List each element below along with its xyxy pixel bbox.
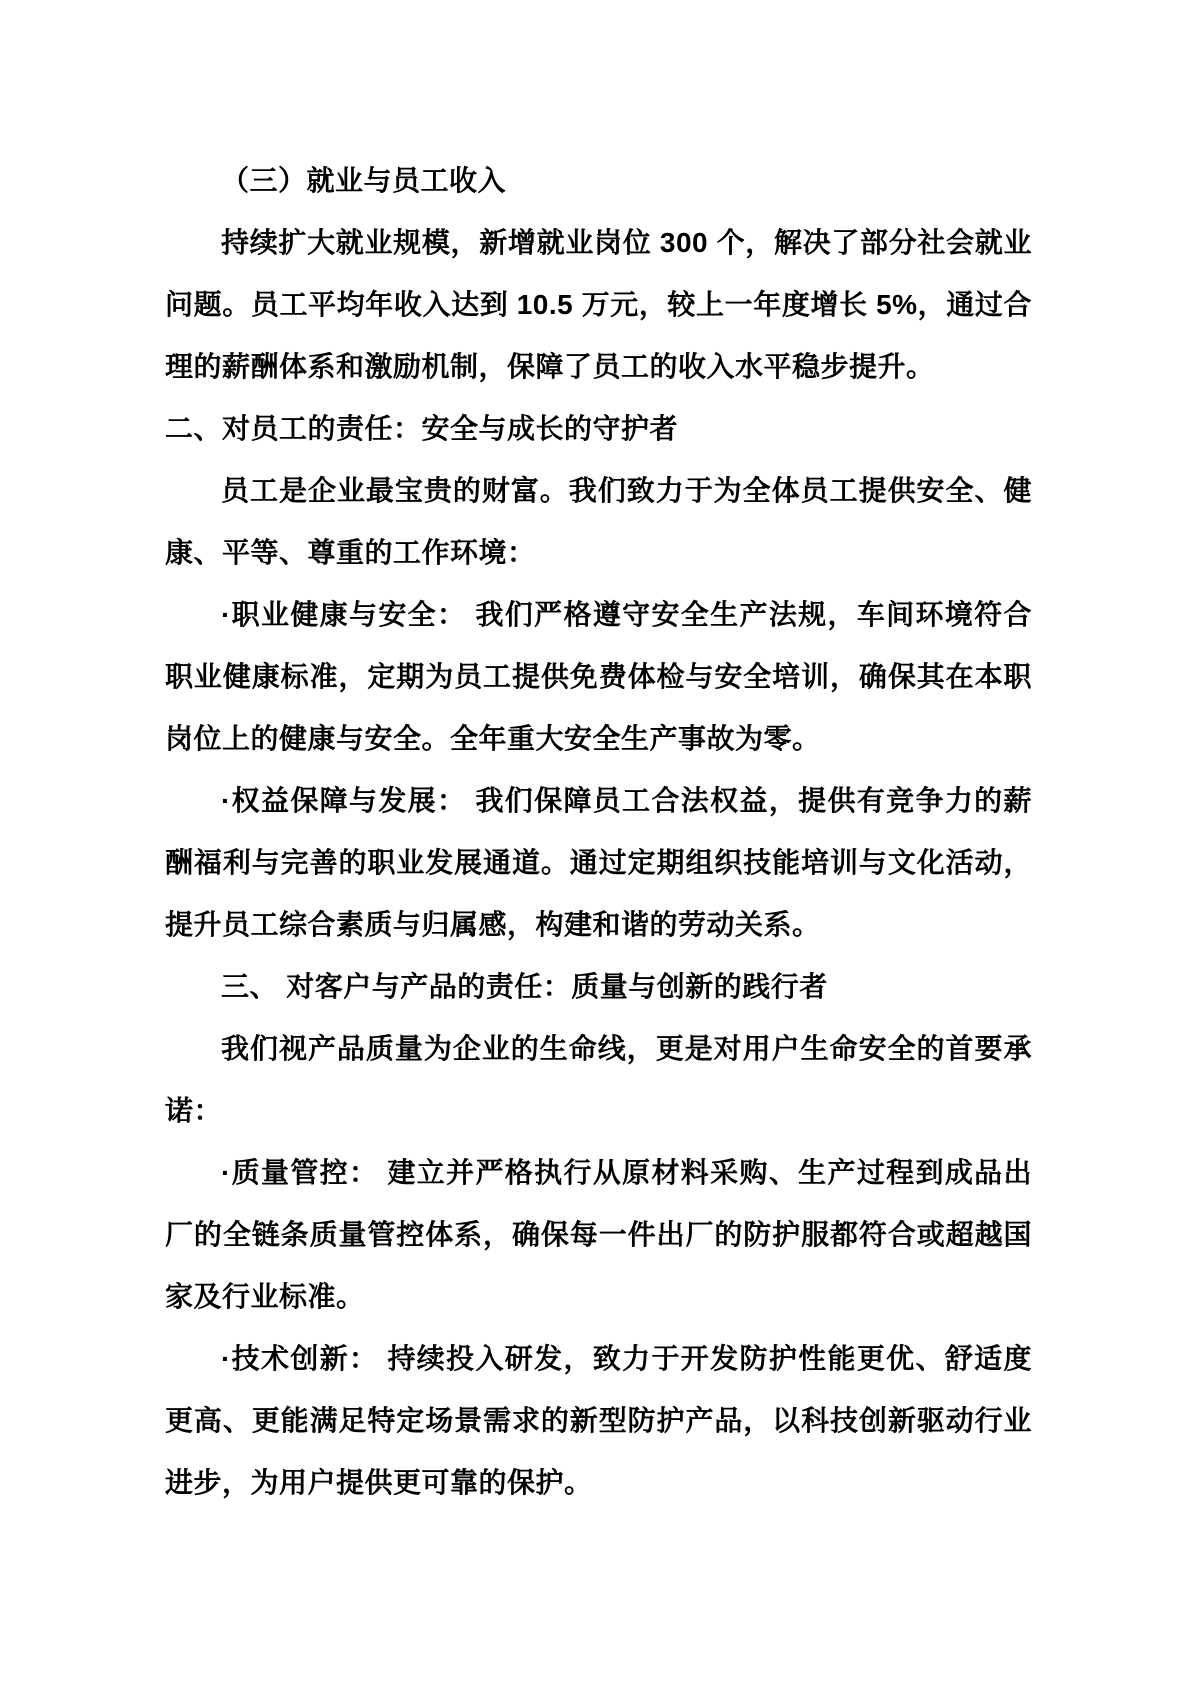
body-paragraph-employment: 持续扩大就业规模，新增就业岗位 300 个，解决了部分社会就业问题。员工平均年收…	[165, 212, 1032, 398]
bullet-paragraph-occupational-health: ·职业健康与安全： 我们严格遵守安全生产法规，车间环境符合职业健康标准，定期为员…	[165, 584, 1032, 770]
document-page: （三）就业与员工收入 持续扩大就业规模，新增就业岗位 300 个，解决了部分社会…	[0, 0, 1190, 1683]
bullet-paragraph-rights-development: ·权益保障与发展： 我们保障员工合法权益，提供有竞争力的薪酬福利与完善的职业发展…	[165, 770, 1032, 956]
section-heading-employee-responsibility: 二、对员工的责任：安全与成长的守护者	[165, 398, 1032, 460]
bullet-paragraph-quality-control: ·质量管控： 建立并严格执行从原材料采购、生产过程到成品出厂的全链条质量管控体系…	[165, 1142, 1032, 1328]
body-paragraph-quality-intro: 我们视产品质量为企业的生命线，更是对用户生命安全的首要承诺：	[165, 1018, 1032, 1142]
document-body: （三）就业与员工收入 持续扩大就业规模，新增就业岗位 300 个，解决了部分社会…	[165, 150, 1032, 1514]
bullet-paragraph-tech-innovation: ·技术创新： 持续投入研发，致力于开发防护性能更优、舒适度更高、更能满足特定场景…	[165, 1328, 1032, 1514]
sub-heading-employment-income: （三）就业与员工收入	[165, 150, 1032, 212]
body-paragraph-employee-intro: 员工是企业最宝贵的财富。我们致力于为全体员工提供安全、健康、平等、尊重的工作环境…	[165, 460, 1032, 584]
section-heading-customer-product-responsibility: 三、 对客户与产品的责任：质量与创新的践行者	[165, 956, 1032, 1018]
